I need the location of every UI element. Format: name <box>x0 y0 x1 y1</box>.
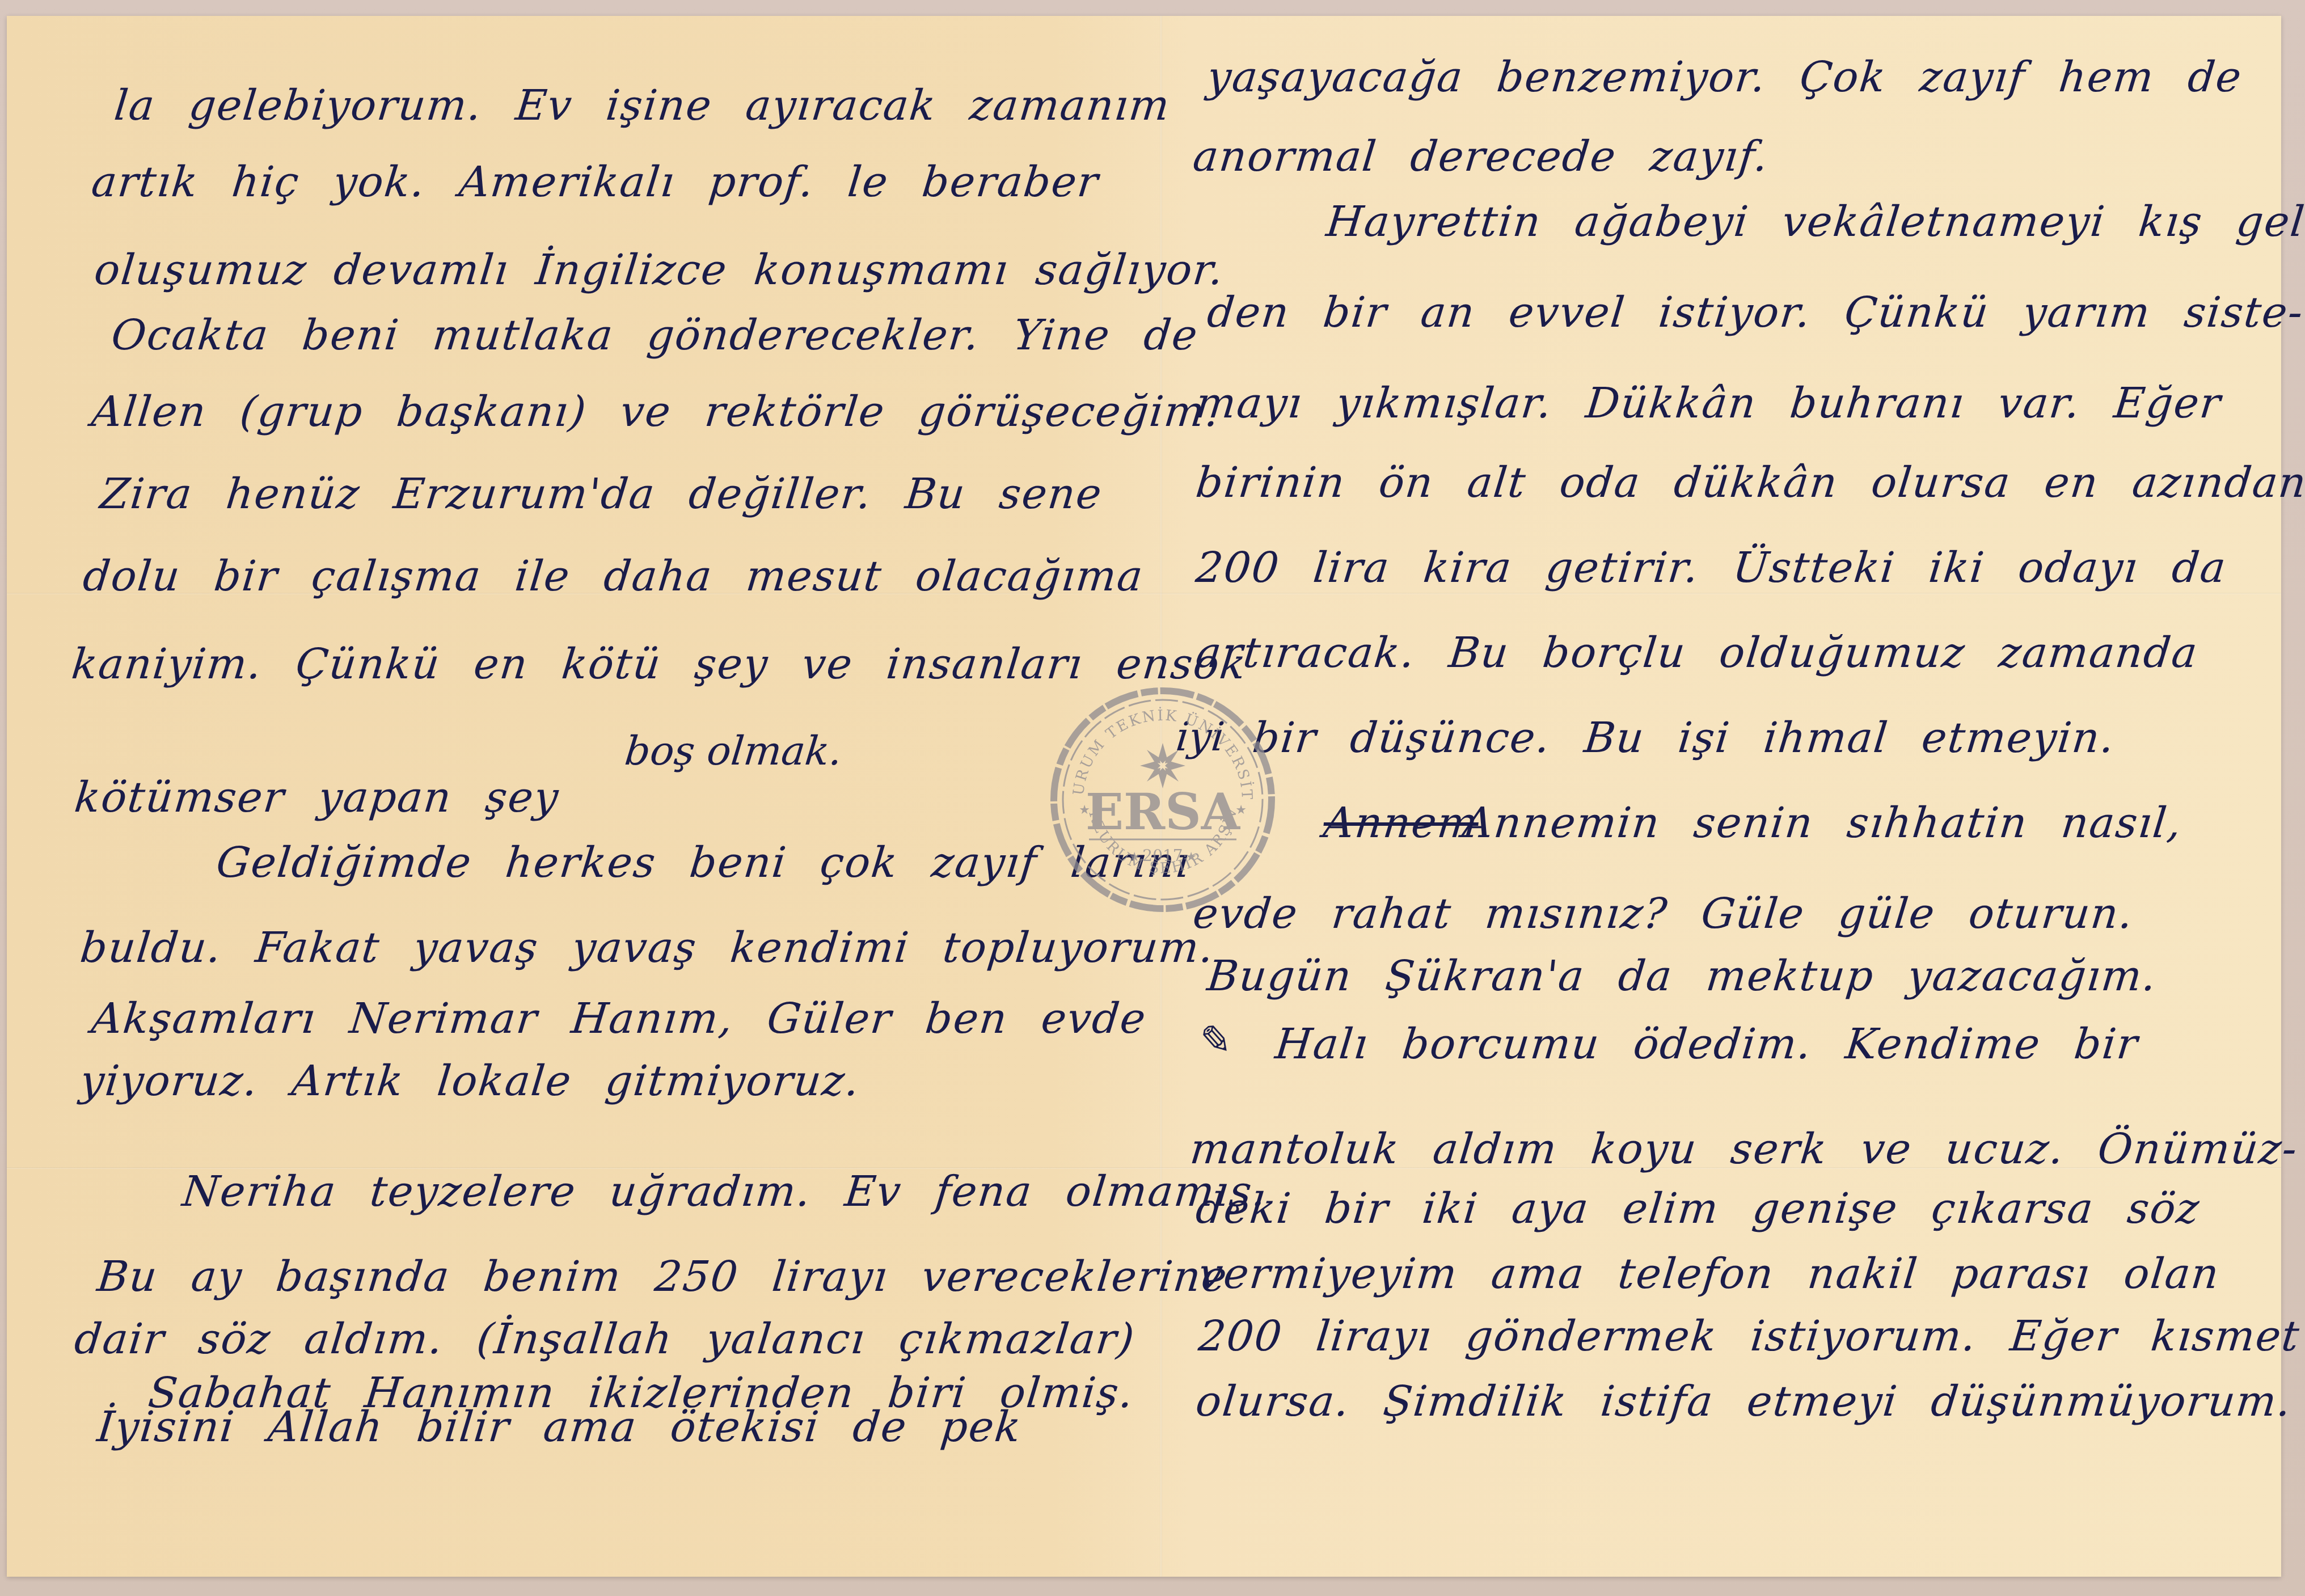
letter-line: mayı yıkmışlar. Dükkân buhranı var. Eğer <box>1193 379 2223 428</box>
letter-line: mantoluk aldım koyu serk ve ucuz. Önümüz… <box>1188 1125 2300 1173</box>
letter-line: deki bir iki aya elim genişe çıkarsa söz <box>1193 1184 2202 1233</box>
svg-text:★: ★ <box>1185 850 1197 864</box>
letter-line: dair söz aldım. (İnşallah yalancı çıkmaz… <box>72 1315 1137 1363</box>
stamp-seal-icon: ERZURUM TEKNİK ÜNİVERSİTESİ ERZURUM ŞEHİ… <box>1044 681 1282 919</box>
svg-text:★: ★ <box>1129 850 1140 864</box>
letter-line: İyisini Allah bilir ama ötekisi de pek <box>95 1403 1024 1451</box>
letter-line: artıracak. Bu borçlu olduğumuz zamanda <box>1193 628 2200 677</box>
letter-line: Halı borcumu ödedim. Kendime bir <box>1273 1020 2141 1069</box>
letter-line: yiyoruz. Artık lokale gitmiyoruz. <box>78 1057 862 1105</box>
letter-line: la gelebiyorum. Ev işine ayıracak zamanı… <box>112 81 1172 130</box>
letter-line: artık hiç yok. Amerikalı prof. le berabe… <box>89 158 1101 206</box>
left-page: la gelebiyorum. Ev işine ayıracak zamanı… <box>7 16 1160 1577</box>
letter-line: Ocakta beni mutlaka gönderecekler. Yine … <box>109 311 1200 360</box>
svg-text:★: ★ <box>1079 803 1090 817</box>
svg-text:★: ★ <box>1235 803 1247 817</box>
letter-line: vermiyeyim ama telefon nakil parası olan <box>1196 1249 2222 1298</box>
letter-line: Neriha teyzelere uğradım. Ev fena olmamı… <box>180 1167 1269 1216</box>
letter-line: Annemin senin sıhhatin nasıl, <box>1460 799 2184 847</box>
letter-line: Bu ay başında benim 250 lirayı verecekle… <box>95 1252 1230 1301</box>
svg-text:2017: 2017 <box>1142 846 1183 865</box>
letter-line: Allen (grup başkanı) ve rektörle görüşec… <box>89 387 1222 436</box>
letter-line: kötümser yapan şey <box>72 773 562 822</box>
pen-mark-icon: ✎ <box>1197 1017 1235 1063</box>
letter-line: Akşamları Nerimar Hanım, Güler ben evde <box>89 994 1149 1043</box>
letter-line: oluşumuz devamlı İngilizce konuşmamı sağ… <box>92 246 1226 294</box>
svg-text:ERSA: ERSA <box>1086 782 1241 841</box>
archive-stamp: ERZURUM TEKNİK ÜNİVERSİTESİ ERZURUM ŞEHİ… <box>1044 681 1282 919</box>
letter-line: buldu. Fakat yavaş yavaş kendimi topluyo… <box>78 923 1217 972</box>
letter-line: yaşayacağa benzemiyor. Çok zayıf hem de <box>1205 53 2244 102</box>
letter-line: olursa. Şimdilik istifa etmeyi düşünmüyo… <box>1193 1377 2294 1426</box>
letter-line: anormal derecede zayıf. <box>1191 132 1771 181</box>
letter-line: den bir an evvel istiyor. Çünkü yarım si… <box>1205 288 2305 337</box>
letter-line: Hayrettin ağabeyi vekâletnameyi kış gelm… <box>1324 197 2305 246</box>
right-page: yaşayacağa benzemiyor. Çok zayıf hem de … <box>1162 16 2281 1577</box>
struck-out-word: Annem <box>1321 799 1481 847</box>
letter-line: birinin ön alt oda dükkân olursa en azın… <box>1193 458 2305 507</box>
insertion-note: boş olmak. <box>623 728 845 774</box>
letter-line: 200 lirayı göndermek istiyorum. Eğer kıs… <box>1196 1312 2302 1361</box>
letter-line: evde rahat mısınız? Güle güle oturun. <box>1191 889 2136 938</box>
letter-line: bir düşünce. Bu işi ihmal etmeyin. <box>1250 713 2117 762</box>
letter-line: dolu bir çalışma ile daha mesut olacağım… <box>81 552 1146 601</box>
letter-line: Bugün Şükran'a da mektup yazacağım. <box>1205 952 2159 1000</box>
letter-line: 200 lira kira getirir. Üstteki iki odayı… <box>1193 543 2228 592</box>
letter-line: Zira henüz Erzurum'da değiller. Bu sene <box>98 470 1104 518</box>
